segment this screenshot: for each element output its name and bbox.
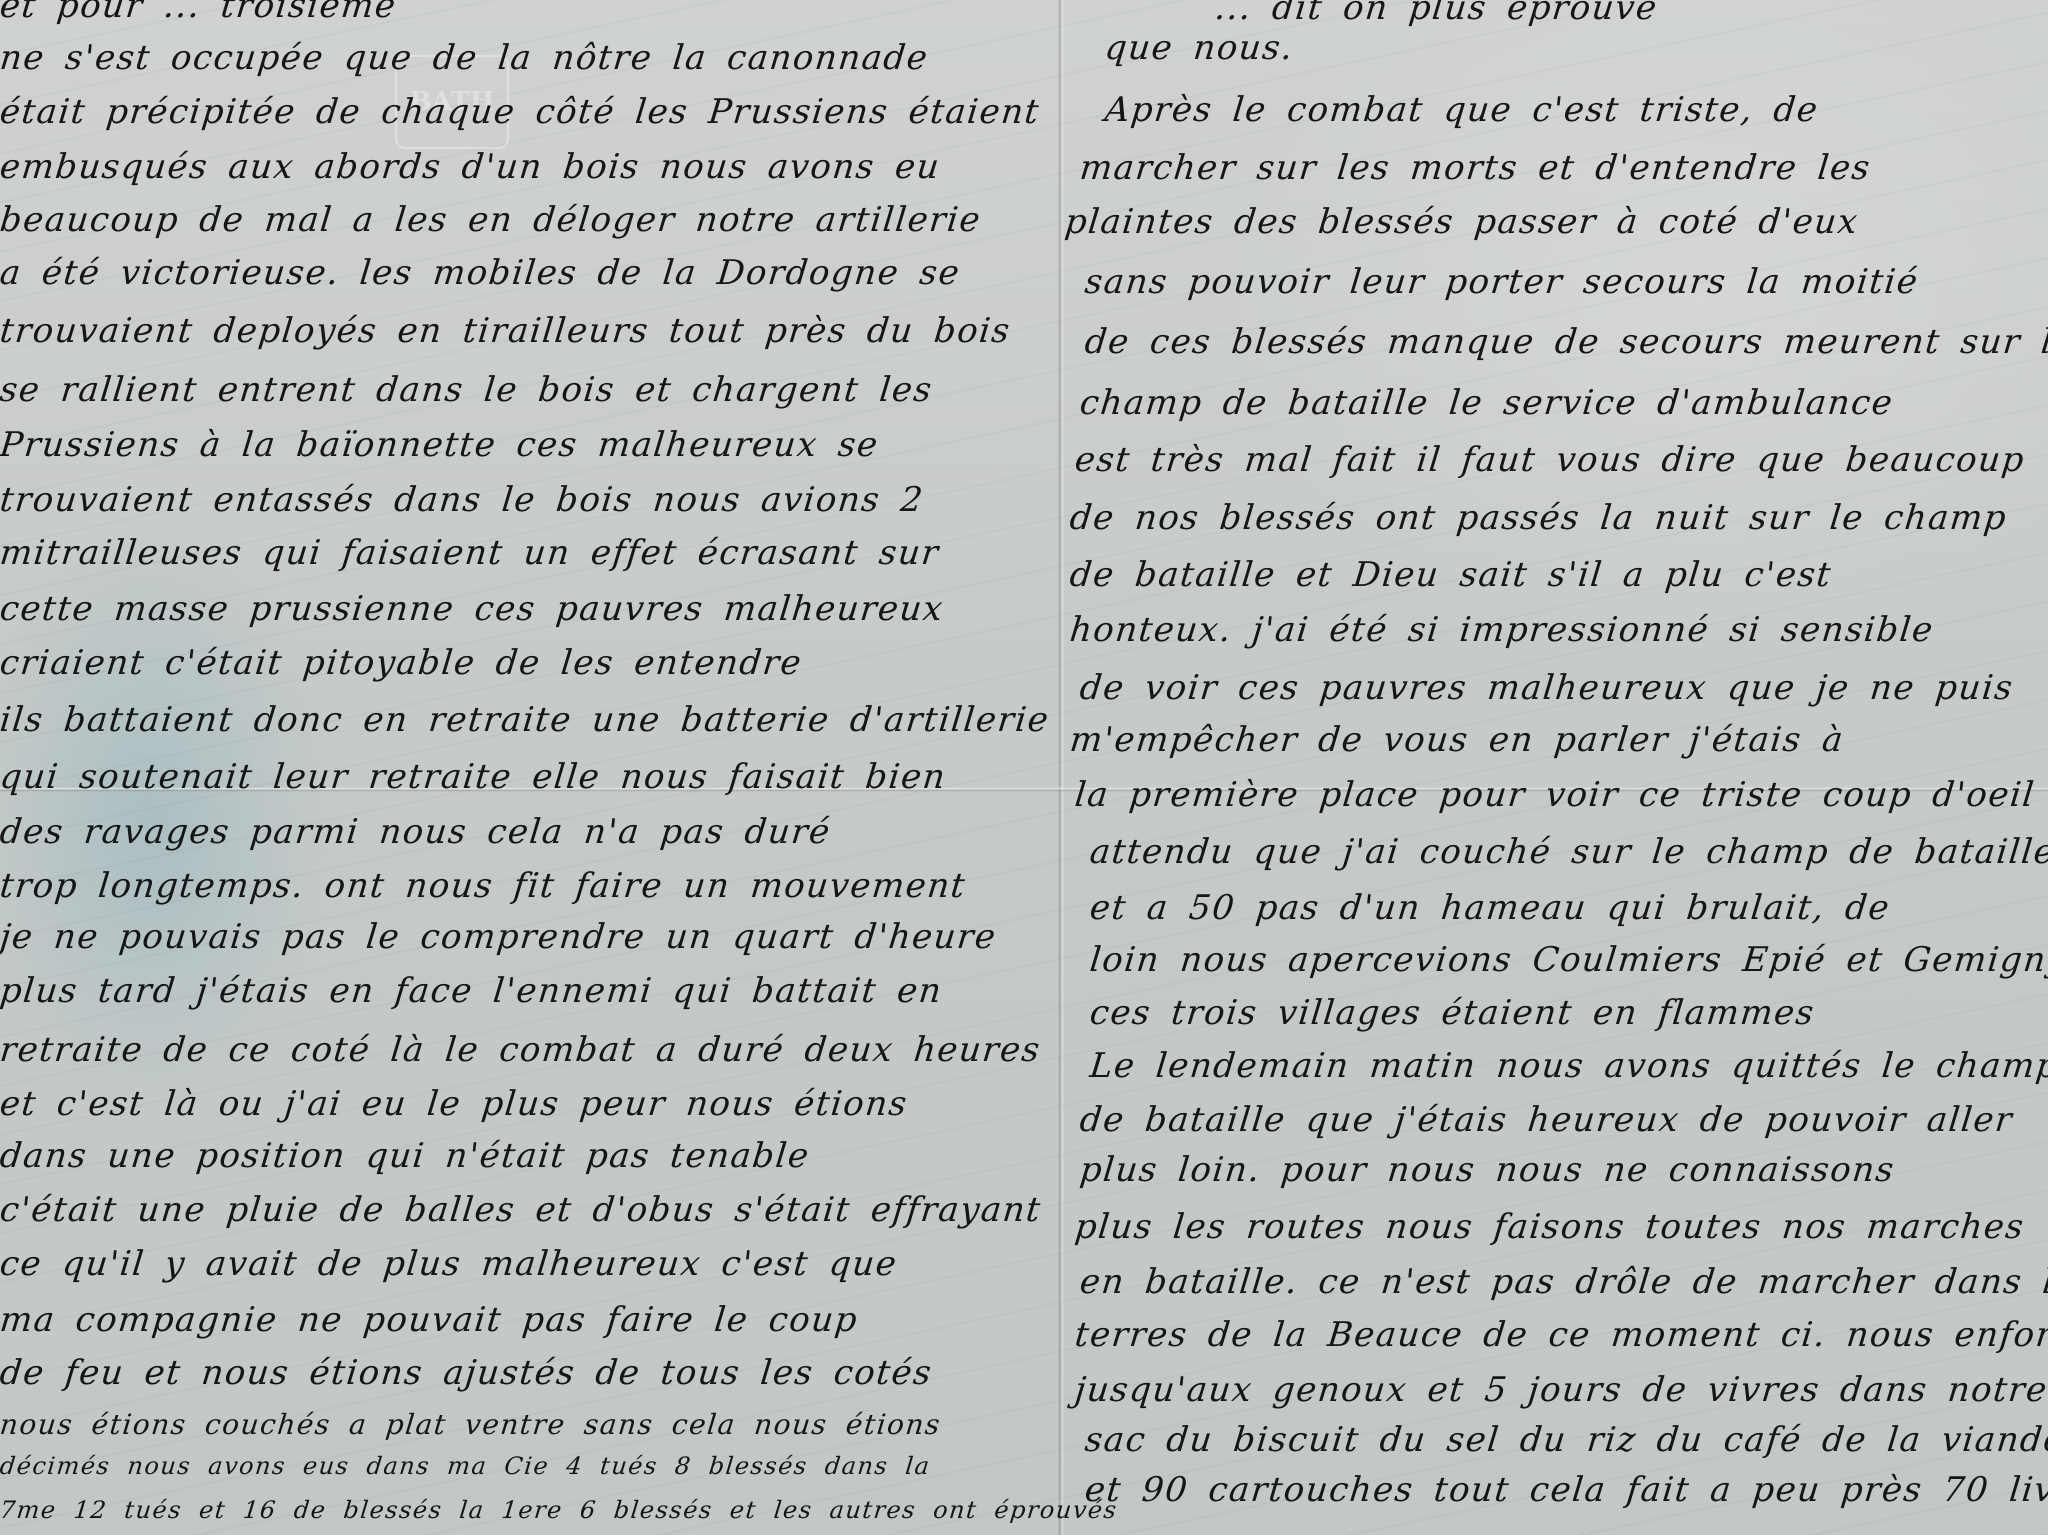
- handwritten-line: a été victorieuse. les mobiles de la Dor…: [0, 253, 962, 293]
- handwritten-line: plus loin. pour nous nous ne connaissons: [1078, 1150, 1897, 1190]
- handwritten-line: des ravages parmi nous cela n'a pas duré: [0, 812, 833, 852]
- handwritten-line: de feu et nous étions ajustés de tous le…: [0, 1353, 934, 1393]
- handwritten-line: terres de la Beauce de ce moment ci. nou…: [1073, 1315, 2048, 1355]
- handwritten-line: m'empêcher de vous en parler j'étais à: [1068, 720, 1846, 760]
- handwritten-line: était précipitée de chaque côté les Prus…: [0, 92, 1042, 132]
- handwritten-line: plaintes des blessés passer à coté d'eux: [1063, 202, 1861, 242]
- handwritten-line: honteux. j'ai été si impressionné si sen…: [1068, 610, 1936, 650]
- handwritten-line: décimés nous avons eus dans ma Cie 4 tué…: [0, 1446, 933, 1486]
- handwritten-line: ... dit on plus éprouvé: [1213, 0, 1660, 28]
- handwritten-line: dans une position qui n'était pas tenabl…: [0, 1136, 812, 1176]
- handwritten-line: cette masse prussienne ces pauvres malhe…: [0, 589, 946, 629]
- handwritten-line: de bataille que j'étais heureux de pouvo…: [1078, 1100, 2015, 1140]
- handwritten-line: qui soutenait leur retraite elle nous fa…: [0, 757, 948, 797]
- handwritten-line: se rallient entrent dans le bois et char…: [0, 370, 935, 410]
- handwritten-line: et pour ... troisième: [0, 0, 399, 26]
- handwritten-line: de bataille et Dieu sait s'il a plu c'es…: [1068, 555, 1834, 595]
- handwritten-line: nous étions couchés a plat ventre sans c…: [0, 1405, 943, 1445]
- handwritten-line: je ne pouvais pas le comprendre un quart…: [0, 917, 999, 957]
- handwritten-line: champ de bataille le service d'ambulance: [1078, 383, 1896, 423]
- handwritten-line: de nos blessés ont passés la nuit sur le…: [1068, 498, 2009, 538]
- handwritten-line: criaient c'était pitoyable de les entend…: [0, 643, 804, 683]
- handwritten-line: ce qu'il y avait de plus malheureux c'es…: [0, 1244, 900, 1284]
- handwritten-line: attendu que j'ai couché sur le champ de …: [1088, 832, 2048, 872]
- handwritten-line: marcher sur les morts et d'entendre les: [1078, 148, 1873, 188]
- handwritten-line: plus les routes nous faisons toutes nos …: [1073, 1207, 2027, 1247]
- handwritten-line: de ces blessés manque de secours meurent…: [1083, 322, 2048, 362]
- handwritten-line: de voir ces pauvres malheureux que je ne…: [1078, 668, 2016, 708]
- handwritten-line: 7me 12 tués et 16 de blessés la 1ere 6 b…: [0, 1490, 1120, 1530]
- handwritten-line: mitrailleuses qui faisaient un effet écr…: [0, 533, 941, 573]
- handwritten-line: jusqu'aux genoux et 5 jours de vivres da…: [1073, 1370, 2048, 1410]
- handwritten-line: ces trois villages étaient en flammes: [1088, 993, 1817, 1033]
- handwritten-line: embusqués aux abords d'un bois nous avon…: [0, 147, 942, 187]
- handwritten-line: que nous.: [1103, 28, 1296, 68]
- handwritten-line: retraite de ce coté là le combat a duré …: [0, 1030, 1043, 1070]
- handwritten-line: ne s'est occupée que de la nôtre la cano…: [0, 38, 931, 78]
- handwritten-line: ils battaient donc en retraite une batte…: [0, 700, 1051, 740]
- handwritten-line: c'était une pluie de balles et d'obus s'…: [0, 1190, 1043, 1230]
- handwritten-line: sans pouvoir leur porter secours la moit…: [1083, 262, 1921, 302]
- handwritten-line: sac du biscuit du sel du riz du café de …: [1083, 1420, 2048, 1460]
- handwritten-line: Le lendemain matin nous avons quittés le…: [1088, 1046, 2048, 1086]
- handwritten-line: loin nous apercevions Coulmiers Epié et …: [1088, 940, 2048, 980]
- handwritten-line: trop longtemps. ont nous fit faire un mo…: [0, 866, 968, 906]
- handwritten-line: trouvaient entassés dans le bois nous av…: [0, 480, 926, 520]
- handwritten-line: ma compagnie ne pouvait pas faire le cou…: [0, 1300, 860, 1340]
- handwritten-line: et a 50 pas d'un hameau qui brulait, de: [1088, 888, 1892, 928]
- handwritten-line: et 90 cartouches tout cela fait a peu pr…: [1083, 1470, 2048, 1510]
- handwritten-line: la première place pour voir ce triste co…: [1073, 775, 2037, 815]
- handwritten-line: en bataille. ce n'est pas drôle de march…: [1078, 1262, 2048, 1302]
- handwritten-line: est très mal fait il faut vous dire que …: [1073, 440, 2027, 480]
- handwritten-line: et c'est là ou j'ai eu le plus peur nous…: [0, 1084, 910, 1124]
- handwritten-line: beaucoup de mal a les en déloger notre a…: [0, 200, 983, 240]
- handwritten-line: Après le combat que c'est triste, de: [1103, 90, 1821, 130]
- handwritten-line: plus tard j'étais en face l'ennemi qui b…: [0, 971, 944, 1011]
- handwritten-line: Prussiens à la baïonnette ces malheureux…: [0, 425, 881, 465]
- handwritten-line: trouvaient deployés en tirailleurs tout …: [0, 311, 1013, 351]
